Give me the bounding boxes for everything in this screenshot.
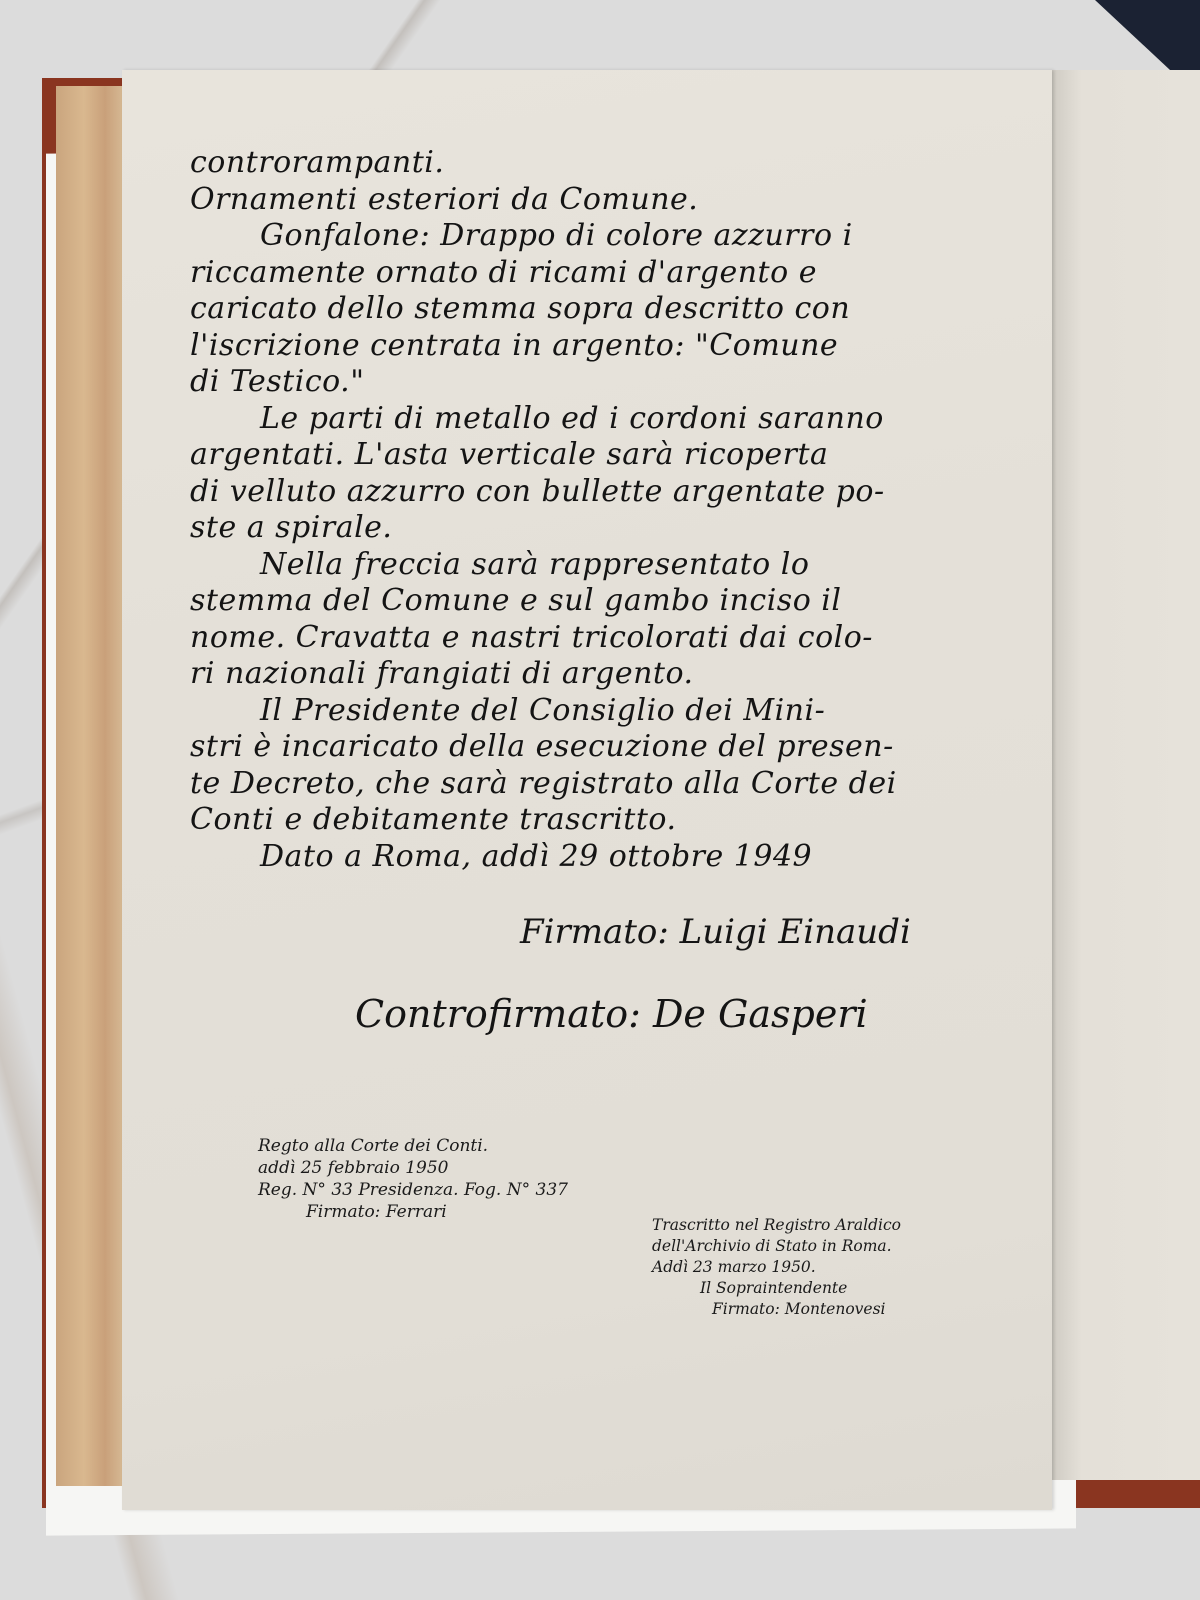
body-line: te Decreto, che sarà registrato alla Cor… bbox=[190, 766, 1010, 803]
dark-object-corner bbox=[1050, 0, 1200, 70]
body-line: stri è incaricato della esecuzione del p… bbox=[190, 729, 1010, 766]
body-line: l'iscrizione centrata in argento: "Comun… bbox=[190, 328, 1010, 365]
body-line: Nella freccia sarà rappresentato lo bbox=[190, 547, 1010, 584]
note-line: addì 25 febbraio 1950 bbox=[258, 1157, 568, 1179]
note-line: Reg. N° 33 Presidenza. Fog. N° 337 bbox=[258, 1179, 568, 1201]
countersignature-de-gasperi: Controfirmato: De Gasperi bbox=[355, 992, 868, 1036]
body-line: Ornamenti esteriori da Comune. bbox=[190, 182, 1010, 219]
body-line: ste a spirale. bbox=[190, 510, 1010, 547]
body-line: caricato dello stemma sopra descritto co… bbox=[190, 291, 1010, 328]
body-line: Gonfalone: Drappo di colore azzurro i bbox=[190, 218, 1010, 255]
note-line: Firmato: Montenovesi bbox=[652, 1299, 901, 1320]
facing-page bbox=[1052, 70, 1200, 1480]
transcription-note: Trascritto nel Registro Araldico dell'Ar… bbox=[652, 1215, 901, 1320]
registration-note: Regto alla Corte dei Conti. addì 25 febb… bbox=[258, 1135, 568, 1223]
body-line: stemma del Comune e sul gambo inciso il bbox=[190, 583, 1010, 620]
body-line: argentati. L'asta verticale sarà ricoper… bbox=[190, 437, 1010, 474]
note-line: Trascritto nel Registro Araldico bbox=[652, 1215, 901, 1236]
note-line: Addì 23 marzo 1950. bbox=[652, 1257, 901, 1278]
body-line: riccamente ornato di ricami d'argento e bbox=[190, 255, 1010, 292]
body-line: di velluto azzurro con bullette argentat… bbox=[190, 474, 1010, 511]
decree-body: controrampanti. Ornamenti esteriori da C… bbox=[190, 145, 1010, 875]
body-line: Le parti di metallo ed i cordoni saranno bbox=[190, 401, 1010, 438]
note-line: Firmato: Ferrari bbox=[258, 1201, 568, 1223]
date-line: Dato a Roma, addì 29 ottobre 1949 bbox=[190, 839, 1010, 876]
body-line: nome. Cravatta e nastri tricolorati dai … bbox=[190, 620, 1010, 657]
body-line: controrampanti. bbox=[190, 145, 1010, 182]
note-line: dell'Archivio di Stato in Roma. bbox=[652, 1236, 901, 1257]
signature-einaudi: Firmato: Luigi Einaudi bbox=[520, 912, 911, 952]
binding-stub bbox=[56, 86, 126, 1486]
body-line: ri nazionali frangiati di argento. bbox=[190, 656, 1010, 693]
note-line: Il Sopraintendente bbox=[652, 1278, 901, 1299]
body-line: Il Presidente del Consiglio dei Mini- bbox=[190, 693, 1010, 730]
body-line: Conti e debitamente trascritto. bbox=[190, 802, 1010, 839]
body-line: di Testico." bbox=[190, 364, 1010, 401]
note-line: Regto alla Corte dei Conti. bbox=[258, 1135, 568, 1157]
